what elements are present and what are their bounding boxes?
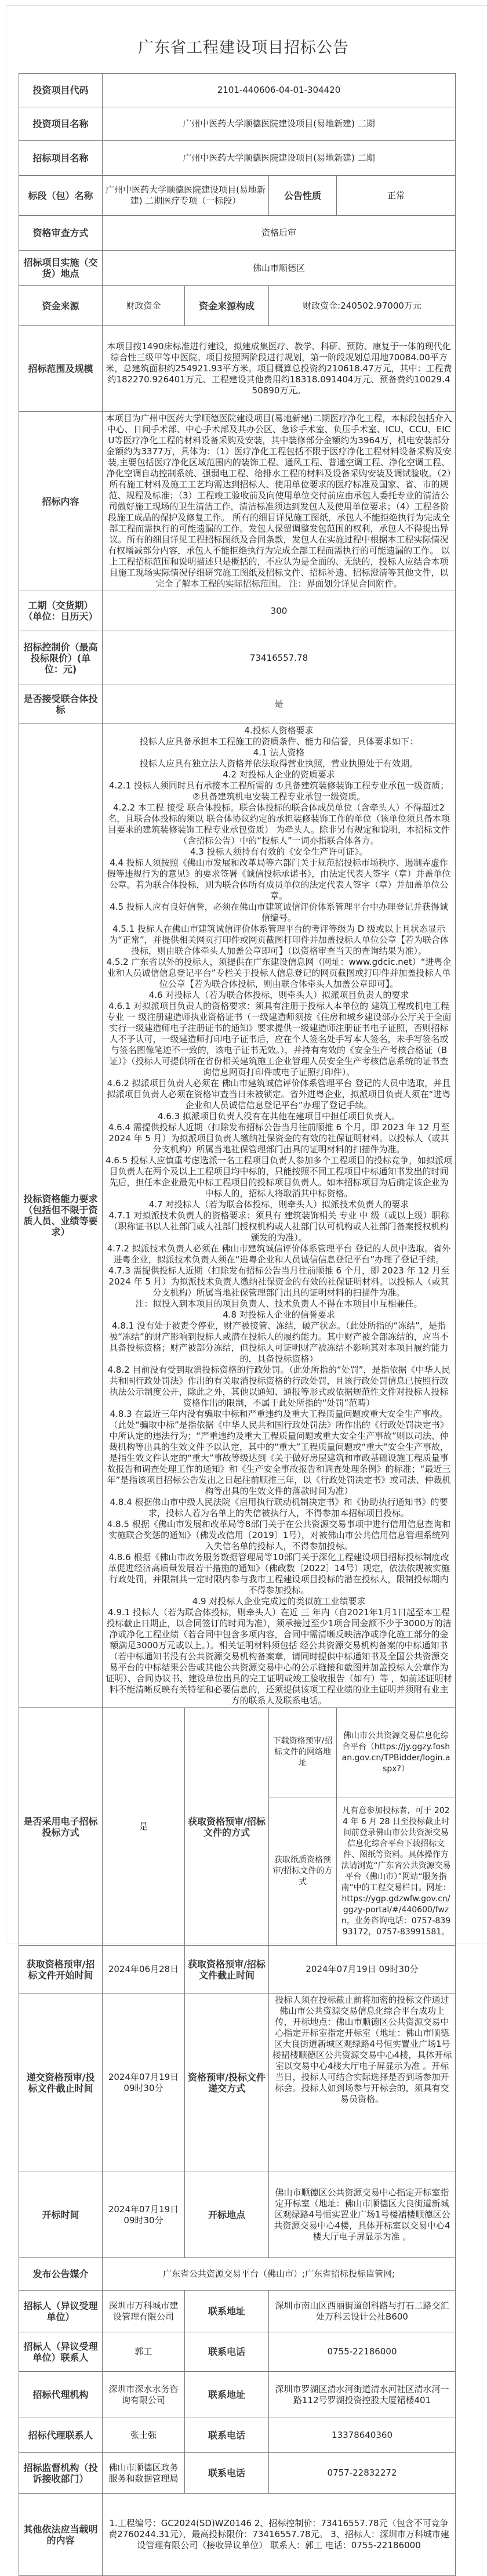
row-qual-method: 资格审查方式 资格后审 <box>19 216 456 251</box>
label: 招标代理联系人 <box>19 2418 103 2453</box>
value: 本项目按1490床标准进行建设，拟建成集医疗、教学、科研、预防、康复于一体的现代… <box>103 326 456 412</box>
label: 联系电话 <box>185 2418 269 2453</box>
value: 2024年07月19日 09时30分 <box>269 1946 456 1993</box>
label: 递交资格预审/投标文件截止时间 <box>19 1993 103 2172</box>
label: 招标监督机构（投诉接收部门） <box>19 2453 103 2494</box>
value: 深圳市深水水务咨询有限公司 <box>103 2372 185 2418</box>
row-agency: 招标代理机构 深圳市深水水务咨询有限公司 联系地址 深圳市罗湖区清水河街道清水河… <box>19 2372 456 2418</box>
row-opening: 开标时间 2024年07月19日 09时30分 开标地点 佛山市顺德区公共资源交… <box>19 2172 456 2258</box>
label: 招标项目实施（交货）地点 <box>19 251 103 286</box>
value: 广州中医药大学顺德医院建设项目(易地新建) 二期医疗专项（一标段） <box>103 176 269 216</box>
value: 是 <box>103 1708 185 1946</box>
label: 开标地点 <box>185 2172 269 2258</box>
row-funding: 资金来源 财政资金 资金来源构成 财政资金:240502.97000万元 <box>19 286 456 326</box>
row-invest-name: 投资项目名称 广州中医药大学顺德医院建设项目(易地新建) 二期 <box>19 107 456 141</box>
label: 资格预审/投标文件递交方式 <box>185 1993 269 2172</box>
label: 开标时间 <box>19 2172 103 2258</box>
value: 13378640360 <box>269 2418 456 2453</box>
row-consortium: 是否接受联合体投标 是 <box>19 685 456 723</box>
label: 联系电话 <box>185 2332 269 2372</box>
label: 其他依法应当载明的内容 <box>19 2494 103 2576</box>
label: 是否采用电子招标投标方式 <box>19 1708 103 1946</box>
value: 4.投标人资格要求 投标人应具备承担本工程施工的资质条件、能力和信誉，具体要求如… <box>103 723 456 1708</box>
label: 获取纸质资格预审/招标文件的方式 <box>269 1797 337 1946</box>
label: 招标控制价（最高投标限价）(单位：元) <box>19 631 103 685</box>
label: 资金来源构成 <box>185 286 269 326</box>
value: 300 <box>103 591 456 631</box>
page-title: 广东省工程建设项目招标公告 <box>0 35 487 57</box>
value: 张士强 <box>103 2418 185 2453</box>
label: 发布公告媒介 <box>19 2258 103 2291</box>
value: 2101-440606-04-01-304420 <box>103 74 456 107</box>
label: 招标项目名称 <box>19 141 103 176</box>
label: 标段（包）名称 <box>19 176 103 216</box>
download-link[interactable]: 佛山市公共资源交易信息化综合平台（https://jy.ggzy.foshan.… <box>337 1708 456 1797</box>
label: 公告性质 <box>269 176 337 216</box>
label: 招标代理机构 <box>19 2372 103 2418</box>
row-agency-contact: 招标代理联系人 张士强 联系电话 13378640360 <box>19 2418 456 2453</box>
row-submit: 递交资格预审/投标文件截止时间 2024年07月19日 09时30分 资格预审/… <box>19 1993 456 2172</box>
label: 联系地址 <box>185 2372 269 2418</box>
value: 广州中医药大学顺德医院建设项目(易地新建) 二期 <box>103 141 456 176</box>
value: 1.工程编号：GC2024(SD)WZ0146 2、招标控制价：73416557… <box>103 2494 456 2576</box>
value: 是 <box>103 685 456 723</box>
row-invest-code: 投资项目代码 2101-440606-04-01-304420 <box>19 74 456 107</box>
row-obtain-time: 获取资格预审/招标文件开始时间 2024年06月28日 获取资格预审/招标文件截… <box>19 1946 456 1993</box>
label: 获取资格预审/招标文件的方式 <box>185 1708 269 1946</box>
row-scope: 招标范围及规模 本项目按1490床标准进行建设，拟建成集医疗、教学、科研、预防、… <box>19 326 456 412</box>
label: 投标资格能力要求（包括但不限于资质人员、业绩等要求） <box>19 723 103 1708</box>
status-value: 正常 <box>337 176 456 216</box>
row-tenderer-contact: 招标人（异议受理单位）联系人 郭工 联系电话 0755-22186000 <box>19 2332 456 2372</box>
label: 联系电话 <box>185 2453 269 2494</box>
value: 2024年07月19日 09时30分 <box>103 2172 185 2258</box>
value: 郭工 <box>103 2332 185 2372</box>
row-control-price: 招标控制价（最高投标限价）(单位：元) 73416557.78 <box>19 631 456 685</box>
value: 投标人须在投标截止前将加密的投标文件通过佛山市公共资源交易信息化综合平台成功上传… <box>269 1993 456 2172</box>
value: 深圳市南山区西丽街道创科路与打石二路交汇处万科云设计公社B600 <box>269 2291 456 2332</box>
row-other: 其他依法应当载明的内容 1.工程编号：GC2024(SD)WZ0146 2、招标… <box>19 2494 456 2576</box>
value: 73416557.78 <box>103 631 456 685</box>
label: 获取资格预审/招标文件开始时间 <box>19 1946 103 1993</box>
label: 资格审查方式 <box>19 216 103 251</box>
value: 资格后审 <box>103 216 456 251</box>
label: 下载资格预审/招标文件的网络地址 <box>269 1708 337 1797</box>
label: 获取资格预审/招标文件截止时间 <box>185 1946 269 1993</box>
value: 广东省公共资源交易平台（佛山市）;广东省招标投标监管网; <box>103 2258 456 2291</box>
row-content: 招标内容 本项目为广州中医药大学顺德医院建设项目(易地新建)二期医疗净化工程，本… <box>19 412 456 591</box>
label: 工期（交货期）（单位：日历天） <box>19 591 103 631</box>
value: 2024年07月19日 09时30分 <box>103 1993 185 2172</box>
value: 2024年06月28日 <box>103 1946 185 1993</box>
value: 0755-22186000 <box>269 2332 456 2372</box>
value: 凡有意参加投标者，可于 2024 年 6 月 28 日至投标截止时间前登录佛山市… <box>337 1797 456 1946</box>
label: 资金来源 <box>19 286 103 326</box>
label: 招标范围及规模 <box>19 326 103 412</box>
label: 招标人（异议受理单位）联系人 <box>19 2332 103 2372</box>
label: 招标内容 <box>19 412 103 591</box>
row-section: 标段（包）名称 广州中医药大学顺德医院建设项目(易地新建) 二期医疗专项（一标段… <box>19 176 456 216</box>
row-location: 招标项目实施（交货）地点 佛山市顺德区 <box>19 251 456 286</box>
label: 投资项目代码 <box>19 74 103 107</box>
row-duration: 工期（交货期）（单位：日历天） 300 <box>19 591 456 631</box>
value: 0757-22832272 <box>269 2453 456 2494</box>
label: 是否接受联合体投标 <box>19 685 103 723</box>
value: 佛山市顺德区 <box>103 251 456 286</box>
value: 佛山市顺德区公共资源交易中心指定开标室指定开标室（地址：佛山市顺德区大良街道新城… <box>269 2172 456 2258</box>
value: 佛山市顺德区政务服务和数据管理局 <box>103 2453 185 2494</box>
label: 联系地址 <box>185 2291 269 2332</box>
label: 招标人（异议受理单位） <box>19 2291 103 2332</box>
value: 深圳市罗湖区清水河街道清水河社区清水河一路112号罗湖投资控股大厦裙楼401 <box>269 2372 456 2418</box>
value: 财政资金 <box>103 286 185 326</box>
value: 本项目为广州中医药大学顺德医院建设项目(易地新建)二期医疗净化工程，本标段包括介… <box>103 412 456 591</box>
value: 深圳市万科城市建设管理有限公司 <box>103 2291 185 2332</box>
row-media: 发布公告媒介 广东省公共资源交易平台（佛山市）;广东省招标投标监管网; <box>19 2258 456 2291</box>
announcement-table: 投资项目代码 2101-440606-04-01-304420 投资项目名称 广… <box>19 73 456 2576</box>
row-supervisor: 招标监督机构（投诉接收部门） 佛山市顺德区政务服务和数据管理局 联系电话 075… <box>19 2453 456 2494</box>
row-qualification: 投标资格能力要求（包括但不限于资质人员、业绩等要求） 4.投标人资格要求 投标人… <box>19 723 456 1708</box>
value: 财政资金:240502.97000万元 <box>269 286 456 326</box>
value: 广州中医药大学顺德医院建设项目(易地新建) 二期 <box>103 107 456 141</box>
row-tender-name: 招标项目名称 广州中医药大学顺德医院建设项目(易地新建) 二期 <box>19 141 456 176</box>
row-tenderer: 招标人（异议受理单位） 深圳市万科城市建设管理有限公司 联系地址 深圳市南山区西… <box>19 2291 456 2332</box>
row-electronic: 是否采用电子招标投标方式 是 获取资格预审/招标文件的方式 下载资格预审/招标文… <box>19 1708 456 1797</box>
label: 投资项目名称 <box>19 107 103 141</box>
